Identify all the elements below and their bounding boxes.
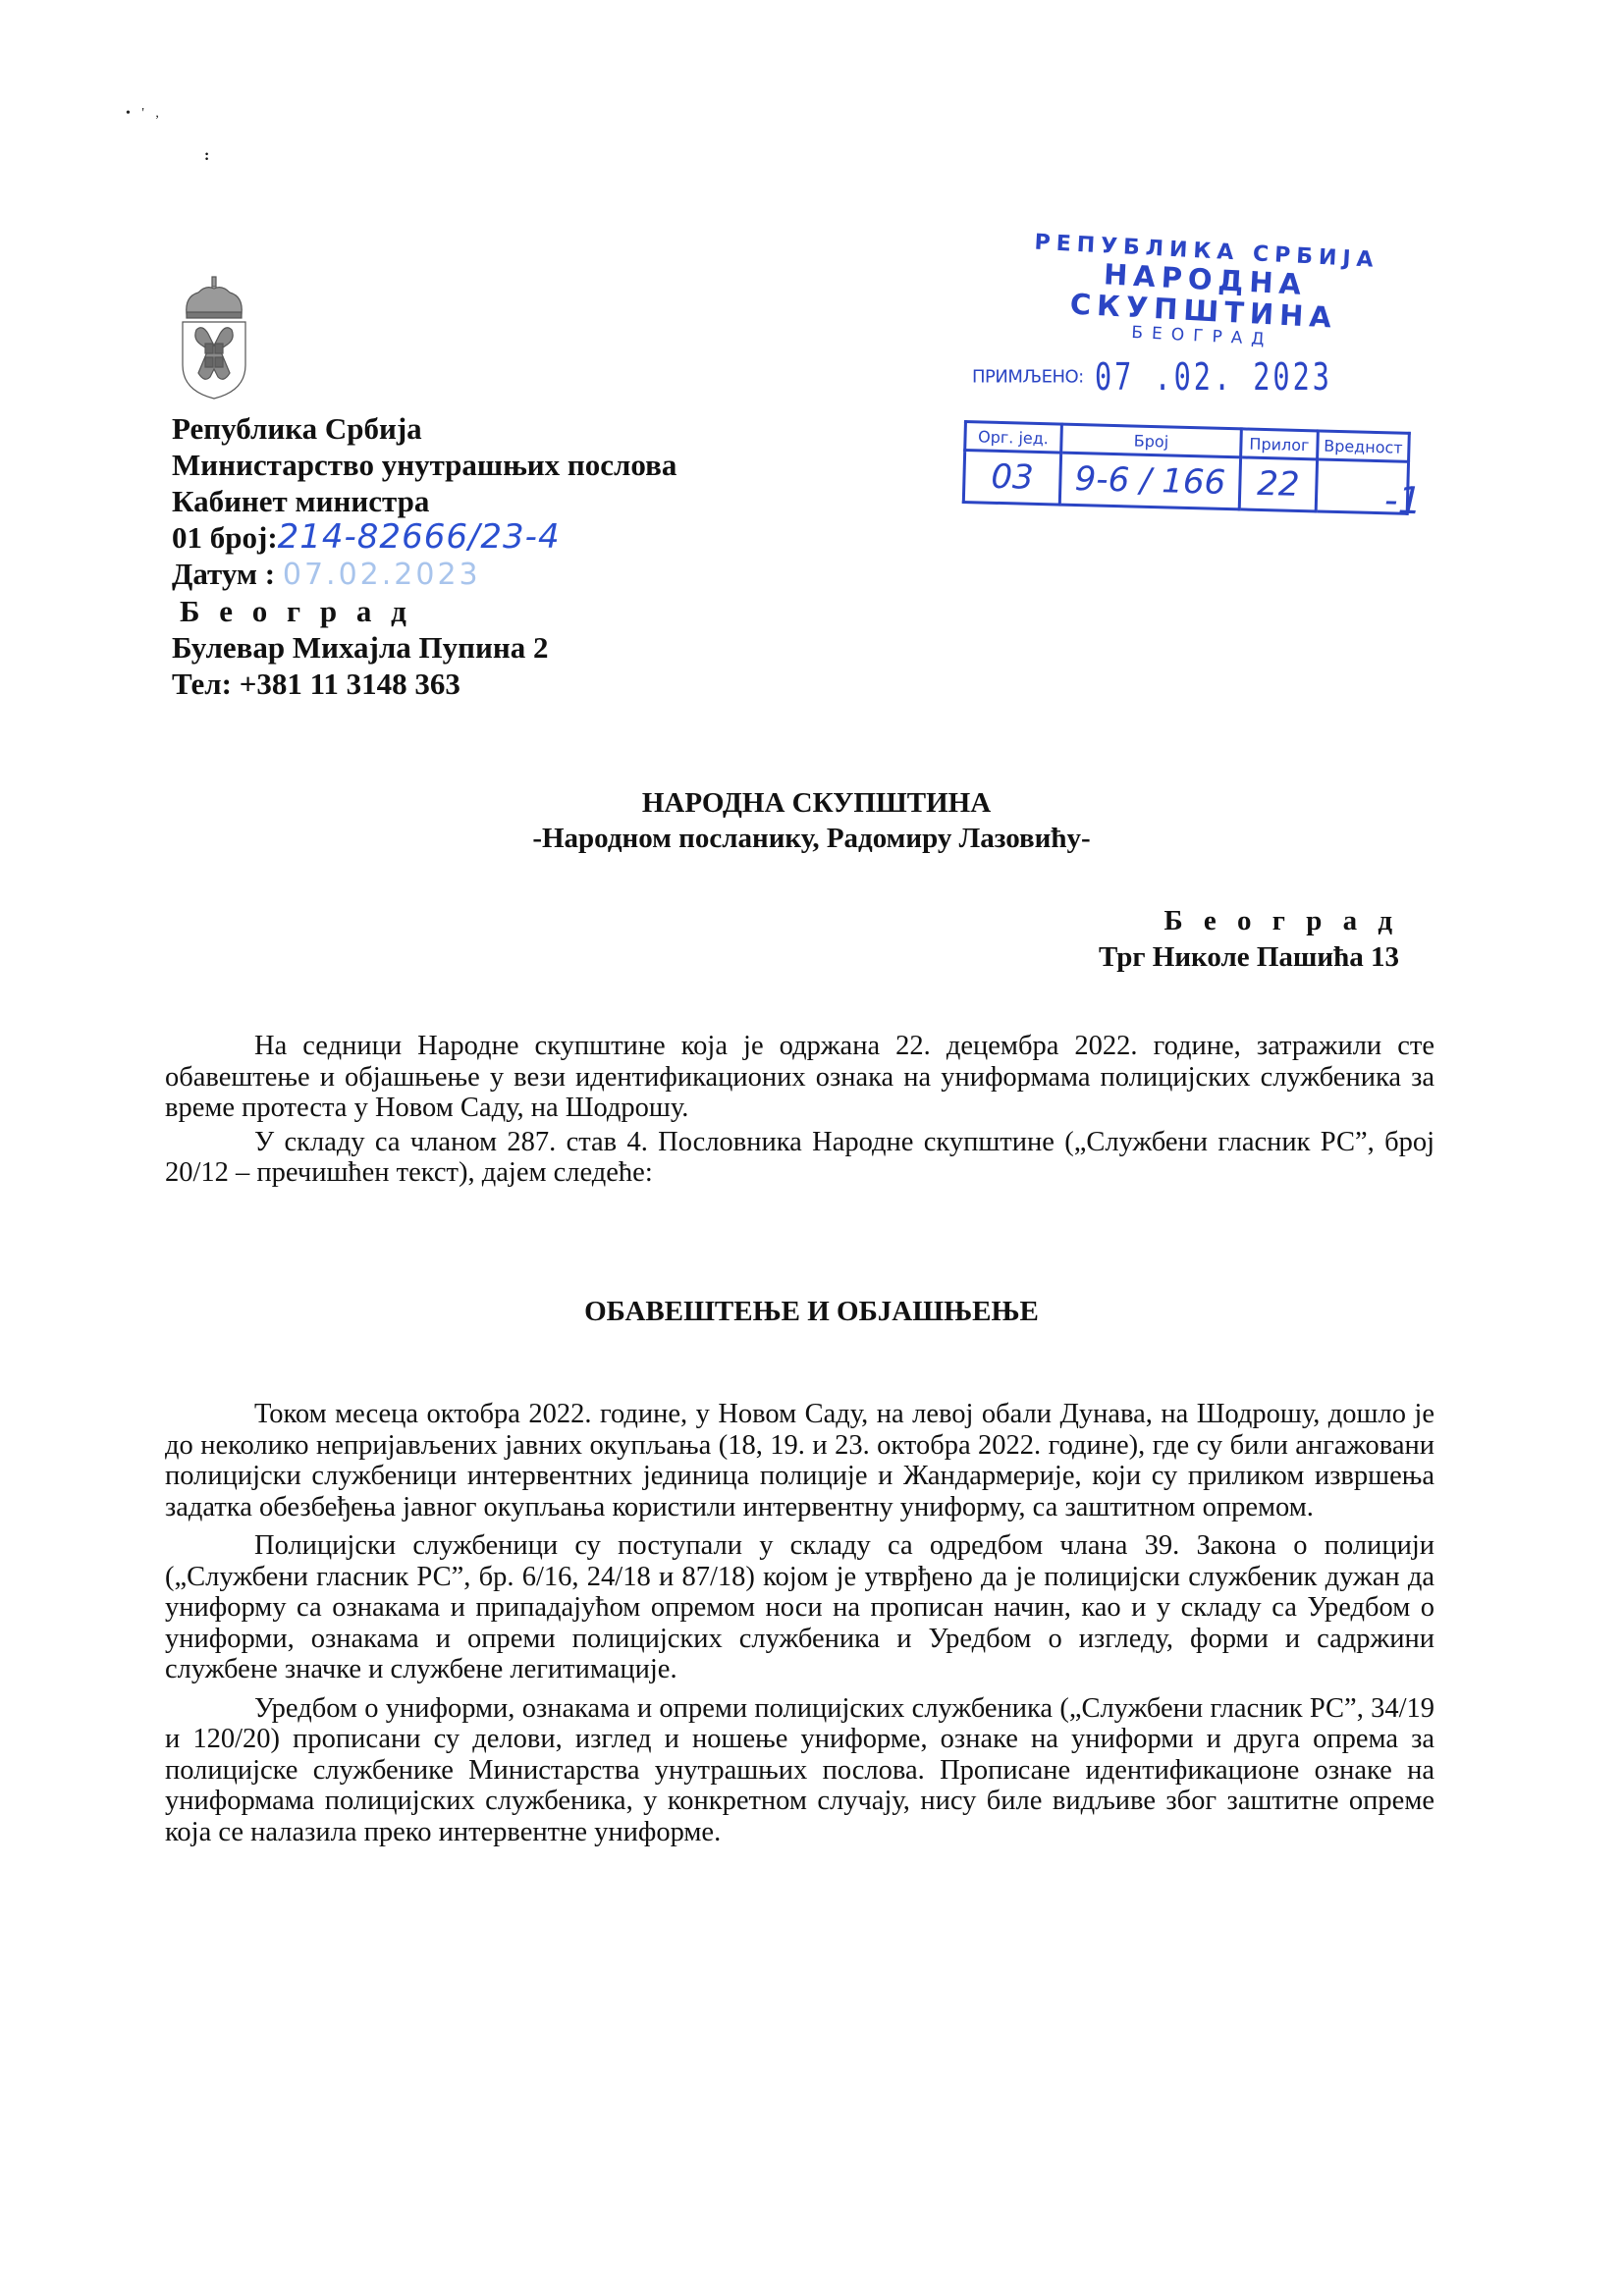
reference-number-row: 01 број:214-82666/23-4 [172,519,676,556]
sender-city: Б е о г р а д [172,593,676,629]
registry-org-unit: 03 [963,451,1060,506]
sender-country: Република Србија [172,410,676,447]
sender-office: Кабинет министра [172,483,676,519]
body-paragraph: Полицијски службеници су поступали у скл… [165,1530,1434,1685]
registry-attachment: 22 [1239,457,1317,511]
coat-of-arms-icon [175,275,253,402]
received-date-stamp: ПРИМЉЕНО: 07 .02. 2023 [972,355,1411,399]
date-label: Датум : [172,557,275,591]
reference-number-label: 01 број: [172,520,278,555]
registry-number: 9-6 / 166 [1059,453,1240,509]
recipient-city: Б е о г р а д [1099,903,1399,939]
sender-ministry: Министарство унутрашњих послова [172,447,676,483]
registry-suffix: -1 [1383,478,1422,522]
sender-street: Булевар Михајла Пупина 2 [172,629,676,666]
sender-phone: Тел: +381 11 3148 363 [172,666,676,702]
registry-header-org-unit: Орг. јед. [965,422,1062,454]
registry-header-value: Вредност [1318,431,1410,461]
reference-number-handwritten: 214-82666/23-4 [278,517,561,557]
recipient-street: Трг Николе Пашића 13 [1099,939,1399,976]
section-title: ОБАВЕШТЕЊЕ И ОБЈАШЊЕЊЕ [0,1296,1623,1328]
recipient-block: НАРОДНА СКУПШТИНА -Народном посланику, Р… [0,785,1623,856]
intro-paragraph: На седници Народне скупштине која је одр… [165,1031,1434,1124]
main-text: Током месеца октобра 2022. године, у Нов… [165,1399,1434,1847]
body-paragraph: Током месеца октобра 2022. године, у Нов… [165,1399,1434,1522]
recipient-address: Б е о г р а д Трг Николе Пашића 13 [1099,903,1399,976]
received-date: 07 .02. 2023 [1095,355,1332,399]
scan-artifact: : [204,147,209,165]
registry-header-attachment: Прилог [1241,429,1319,459]
recipient-person: -Народном посланику, Радомиру Лазовићу- [0,821,1623,856]
body-paragraph: Уредбом о униформи, ознакама и опреми по… [165,1693,1434,1848]
sender-letterhead: Република Србија Министарство унутрашњих… [172,410,676,702]
recipient-institution: НАРОДНА СКУПШТИНА [0,785,1623,821]
intro-paragraph: У складу са чланом 287. став 4. Пословни… [165,1127,1434,1189]
received-stamp: РЕПУБЛИКА СРБИЈА НАРОДНА СКУПШТИНА БЕОГР… [981,228,1428,357]
intro-text: На седници Народне скупштине која је одр… [165,1031,1434,1189]
scan-artifact: • ' , [126,106,163,122]
registry-stamp: Орг. јед. Број Прилог Вредност 03 9-6 / … [962,420,1411,515]
registry-header-number: Број [1061,424,1242,457]
date-stamp-faded: 07.02.2023 [283,558,481,592]
date-row: Датум : 07.02.2023 [172,556,676,593]
received-label: ПРИМЉЕНО: [972,367,1084,388]
